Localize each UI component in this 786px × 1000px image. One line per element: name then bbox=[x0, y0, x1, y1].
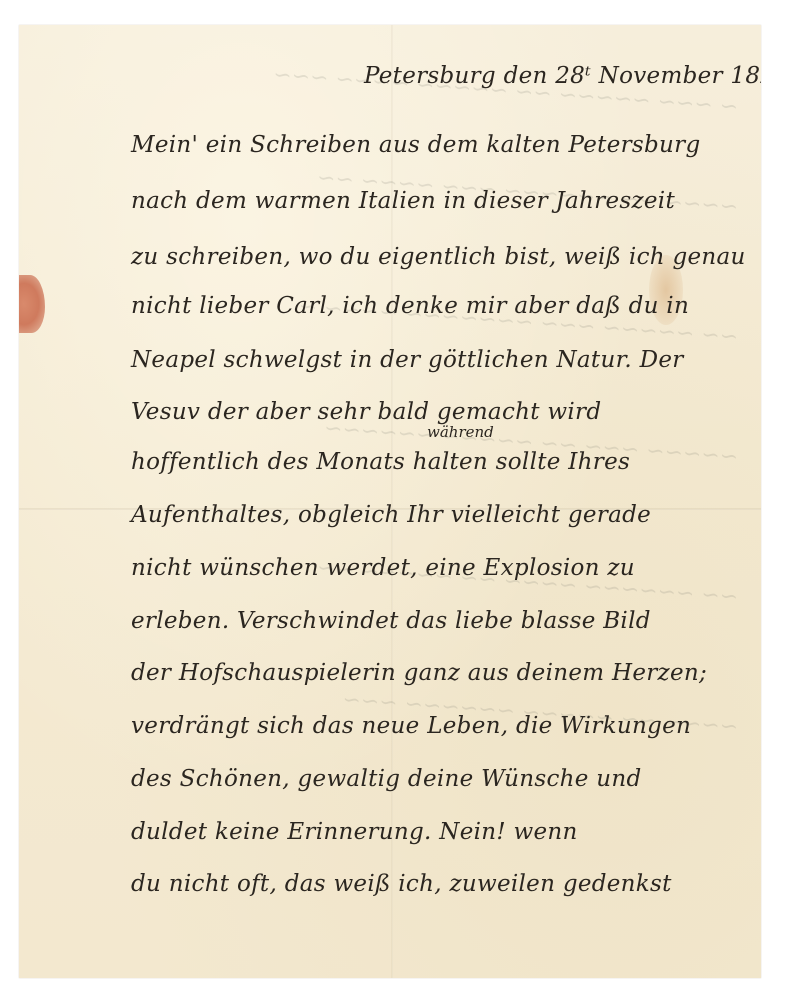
letter-line: nicht lieber Carl, ich denke mir aber da… bbox=[131, 293, 689, 319]
letter-line: nach dem warmen Italien in dieser Jahres… bbox=[131, 188, 675, 214]
letter-dateline: Petersburg den 28ᵗ November 1822 bbox=[364, 63, 761, 89]
letter-line: du nicht oft, das weiß ich, zuweilen ged… bbox=[131, 871, 672, 897]
letter-line: nicht wünschen werdet, eine Explosion zu bbox=[131, 555, 635, 581]
letter-line: erleben. Verschwindet das liebe blasse B… bbox=[131, 608, 651, 634]
letter-page: ~ ~~~ ~~~~~ ~~ ~~~~~ ~~~~ ~~~ ~~~~ ~~ ~~… bbox=[19, 25, 761, 978]
letter-line: Aufenthaltes, obgleich Ihr vielleicht ge… bbox=[131, 502, 651, 528]
letter-line: Neapel schwelgst in der göttlichen Natur… bbox=[131, 347, 684, 373]
letter-line: Vesuv der aber sehr bald gemacht wird bbox=[131, 399, 601, 425]
letter-line: des Schönen, gewaltig deine Wünsche und bbox=[131, 766, 642, 792]
letter-line: Mein' ein Schreiben aus dem kalten Peter… bbox=[131, 132, 700, 158]
letter-line: zu schreiben, wo du eigentlich bist, wei… bbox=[131, 244, 746, 270]
wax-seal-remnant bbox=[19, 275, 45, 333]
letter-line: hoffentlich des Monats halten sollte Ihr… bbox=[131, 449, 630, 475]
letter-line: duldet keine Erinnerung. Nein! wenn bbox=[131, 819, 578, 845]
letter-line: verdrängt sich das neue Leben, die Wirku… bbox=[131, 713, 691, 739]
letter-line: der Hofschauspielerin ganz aus deinem He… bbox=[131, 660, 707, 686]
letter-insertion: während bbox=[427, 423, 494, 441]
